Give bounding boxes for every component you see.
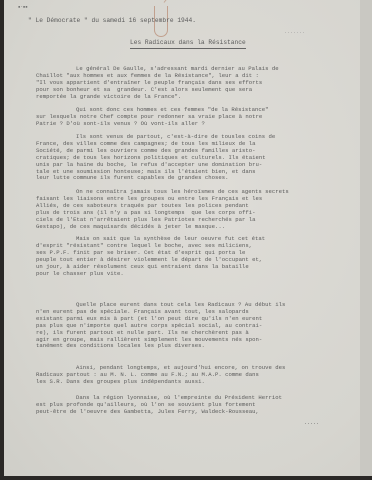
paragraph-body: faisant les liaisons entre les groupes o…: [36, 196, 262, 231]
pencil-stroke: [164, 0, 181, 3]
paragraph-body: n'en eurent pas de spéciale. Français av…: [36, 309, 262, 350]
paragraph-body: d'esprit "résistant" contre lequel le bo…: [36, 243, 262, 278]
paragraph-body: est plus profonde qu'ailleurs, où l'on s…: [36, 402, 259, 416]
continuation-dots: .....: [304, 420, 319, 427]
paragraph-body: France, des villes comme des campagnes; …: [36, 141, 266, 182]
document-title: Les Radicaux dans la Résistance: [130, 40, 246, 49]
document-page: ▪-▪▪ " Le Démocrate " du samedi 16 septe…: [4, 0, 360, 476]
faint-dots: .......: [284, 29, 305, 36]
paragraph-body: Radicaux partout : au M. N. L. comme au …: [36, 372, 259, 386]
document-header: " Le Démocrate " du samedi 16 septembre …: [28, 18, 196, 25]
page-edge: [360, 0, 372, 476]
background-edge: [0, 476, 372, 480]
corner-mark: ▪-▪▪: [18, 4, 44, 10]
paragraph-body: Chaillot "aux hommes et aux femmes de la…: [36, 73, 262, 101]
paragraph-body: sur lesquels notre Chef compte pour redo…: [36, 114, 262, 128]
